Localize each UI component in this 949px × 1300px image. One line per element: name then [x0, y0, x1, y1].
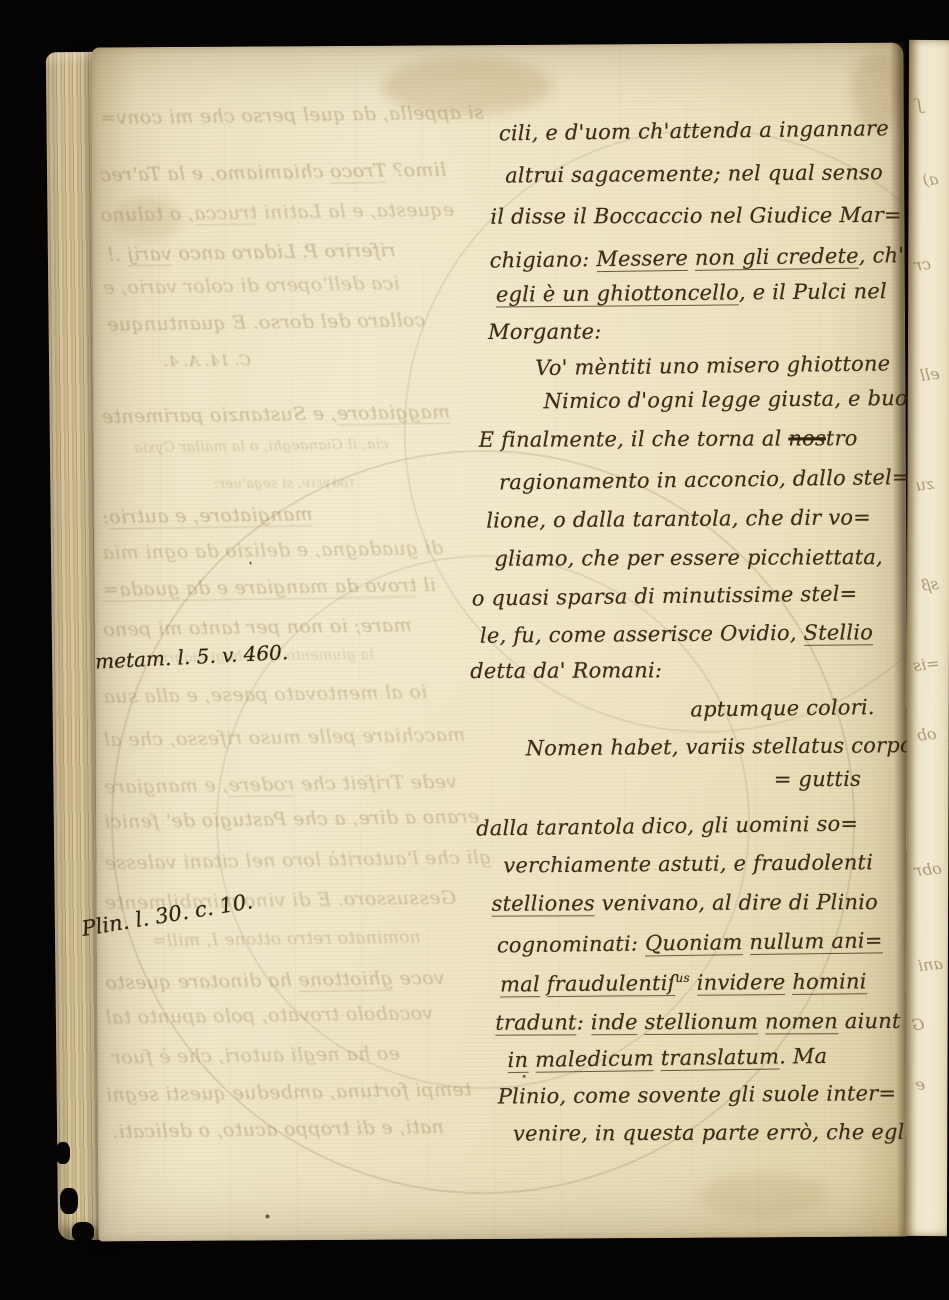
- text-segment: aptumque colori.: [690, 695, 875, 721]
- underlined-phrase: Stellio: [803, 620, 873, 646]
- manuscript-line: cili, e d'uom ch'attenda a ingannare: [499, 116, 889, 145]
- underlined-phrase: translatum: [661, 1045, 780, 1072]
- text-segment: , e Sustanzio parimente: [101, 402, 336, 427]
- text-segment: aiunt: [838, 1009, 901, 1033]
- manuscript-line: le, fu, come asserisce Ovidio, Stellio: [480, 620, 873, 647]
- text-segment: altrui sagacemente; nel qual senso: [505, 160, 883, 187]
- text-segment: . Ma: [779, 1044, 827, 1069]
- manuscript-line: lione, o dalla tarantola, che dir vo=: [486, 505, 871, 532]
- verso-bleedthrough-layer: si appella, da quel perso che mi conv=li…: [91, 43, 903, 48]
- text-segment: τράγειν, si sega'uer:: [214, 475, 356, 492]
- manuscript-line: detta da' Romani:: [470, 658, 662, 683]
- bleedthrough-fragment: ani: [917, 954, 944, 975]
- bleedthrough-line: il trovo da mangiare e da guada=: [103, 574, 436, 601]
- manuscript-line: egli è un ghiottoncello, e il Pulci nel: [496, 279, 887, 306]
- underlined-phrase: homini: [792, 969, 866, 995]
- text-segment: le, fu, come asserisce Ovidio,: [480, 621, 804, 648]
- text-segment: vede Trifeit che: [294, 771, 457, 795]
- text-segment: [742, 930, 749, 954]
- underlined-phrase: maledicum: [535, 1046, 654, 1073]
- bleedthrough-fragment: obr: [913, 859, 942, 881]
- underlined-phrase: stelliones: [492, 891, 595, 916]
- text-segment: Plinio, come sovente gli suole inter=: [498, 1081, 897, 1108]
- text-segment: si appella, da quel perso che mi conv=: [100, 101, 484, 129]
- text-segment: .!: [106, 243, 127, 265]
- bleedthrough-line: si appella, da quel perso che mi conv=: [100, 101, 484, 129]
- manuscript-line: mal fraudulentiſus invidere homini: [500, 969, 867, 996]
- bleedthrough-fragment: zu: [915, 474, 936, 495]
- text-segment: Nimico d'ogni legge giusta, e buona.: [543, 386, 941, 413]
- bleedthrough-line: limo? Troco chiamiamo, e la Ta'rec: [100, 159, 446, 186]
- bleedthrough-line: maggiatore, e Sustanzio parimente: [101, 401, 450, 428]
- photo-background: si appella, da quel perso che mi conv=li…: [0, 0, 949, 1300]
- underlined-phrase: Quoniam: [645, 930, 743, 956]
- bleedthrough-fragment: =is: [912, 654, 941, 676]
- underlined-phrase: tradunt: [495, 1010, 576, 1035]
- text-segment: chigiano:: [490, 247, 597, 272]
- manuscript-line: o quasi sparsa di minutissime stel=: [472, 581, 858, 610]
- text-segment: nominato retro ottone I, mill=: [152, 927, 421, 951]
- text-segment: ha dinotare questo: [105, 969, 298, 994]
- struck-word: nos: [788, 426, 826, 450]
- manuscript-line: cognominati: Quoniam nullum ani=: [497, 928, 883, 957]
- underlined-phrase: nomen: [765, 1009, 838, 1034]
- manuscript-line: gliamo, che per essere picchiettata,: [494, 545, 883, 571]
- underlined-phrase: trovo da mangiare e da guada=: [103, 574, 417, 602]
- manuscript-line: stelliones venivano, al dire di Plinio: [492, 890, 878, 916]
- manuscript-line: dalla tarantola dico, gli uomini so=: [476, 811, 858, 840]
- underlined-phrase: ghiottone: [298, 968, 393, 992]
- manuscript-line: Vo' mèntiti uno misero ghiottone: [535, 351, 890, 380]
- manuscript-line: chigiano: Messere non gli credete, ch': [490, 243, 905, 272]
- bleedthrough-fragment: ell: [919, 364, 941, 385]
- underlined-phrase: fraudulentiſ: [547, 971, 676, 997]
- underlined-phrase: Troco: [330, 160, 387, 184]
- page-edge-nick: [60, 1188, 78, 1214]
- bleedthrough-line: ica dell'opero di color vario, e: [103, 272, 400, 298]
- manuscript-line: = guttis: [774, 767, 861, 791]
- manuscript-page: si appella, da quel perso che mi conv=li…: [91, 43, 910, 1242]
- text-segment: detta da' Romani:: [470, 658, 662, 683]
- text-segment: :: [577, 1010, 591, 1034]
- bleedthrough-fragment: ob: [916, 724, 938, 745]
- text-segment: tro: [826, 426, 858, 450]
- text-segment: voce: [393, 967, 445, 990]
- manuscript-line: il disse il Boccaccio nel Giudice Mar=: [490, 203, 901, 229]
- bleedthrough-line: eo ha negli autori, che è fuor: [111, 1042, 400, 1068]
- ink-speck: [265, 1214, 269, 1218]
- manuscript-line: altrui sagacemente; nel qual senso: [505, 160, 883, 187]
- bleedthrough-line: riferiro P. Lidaro anco varij .!: [106, 239, 395, 265]
- paper-stain: [698, 1173, 828, 1218]
- underlined-phrase: mal: [500, 972, 540, 997]
- text-segment: il: [417, 574, 436, 596]
- text-segment: Nomen habet, variis stellatus corpora=: [526, 733, 949, 761]
- manuscript-line: verchiamente astuti, e fraudolenti: [503, 850, 873, 877]
- ink-speck: [523, 1075, 526, 1078]
- text-segment: C. 14. A. 4.: [163, 351, 251, 370]
- bleedthrough-line: mare; io non per tanto mi peno: [103, 614, 412, 641]
- page-edge-nick: [56, 1142, 70, 1164]
- text-segment: collaro del dorso. E quantunque: [107, 309, 425, 336]
- manuscript-line: Nimico d'ogni legge giusta, e buona.: [543, 386, 941, 413]
- text-segment: dalla tarantola dico, gli uomini so=: [476, 811, 858, 840]
- text-segment: mare; io non per tanto mi peno: [103, 614, 412, 641]
- text-segment: , o taluno: [100, 203, 194, 226]
- underlined-phrase: invidere: [697, 970, 786, 996]
- text-segment: limo?: [386, 159, 446, 182]
- text-segment: = guttis: [774, 767, 861, 791]
- underlined-phrase: egli è un ghiottoncello: [496, 280, 739, 307]
- underlined-phrase: stellionum: [645, 1010, 759, 1035]
- text-segment: us: [675, 971, 689, 985]
- text-segment: E finalmente, il che torna al: [479, 426, 789, 451]
- underlined-phrase: in: [507, 1048, 528, 1073]
- text-segment: il disse il Boccaccio nel Giudice Mar=: [490, 203, 901, 229]
- bleedthrough-line: collaro del dorso. E quantunque: [107, 309, 425, 336]
- manuscript-line: Morgante:: [488, 319, 602, 343]
- manuscript-line: aptumque colori.: [690, 695, 875, 721]
- text-segment: [690, 971, 697, 995]
- adjacent-page-sliver: ʃa)crellzusβ=isobobraniGe: [905, 40, 949, 1236]
- text-segment: , e il Pulci nel: [739, 279, 887, 304]
- text-segment: :: [102, 506, 109, 528]
- text-segment: lione, o dalla tarantola, che dir vo=: [486, 505, 871, 532]
- text-segment: equesta, e la Latini: [257, 199, 454, 224]
- text-segment: venire, in questa parte errò, che egli: [513, 1120, 912, 1146]
- bleedthrough-line: τράγειν, si sega'uer:: [214, 475, 356, 492]
- page-edge-nick: [72, 1222, 94, 1242]
- text-segment: cognominati:: [497, 931, 646, 957]
- bleedthrough-line: nominato retro ottone I, mill=: [152, 927, 421, 951]
- underlined-phrase: nullum ani=: [749, 928, 882, 955]
- bleedthrough-line: equesta, e la Latini trucca, o taluno: [100, 199, 454, 226]
- manuscript-line: venire, in questa parte errò, che egli: [513, 1120, 912, 1146]
- text-segment: venivano, al dire di Plinio: [595, 890, 878, 915]
- bleedthrough-fragment: e: [915, 1075, 926, 1095]
- underlined-phrase: inde: [591, 1010, 638, 1035]
- underlined-phrase: rodere: [228, 773, 294, 797]
- bleedthrough-fragment: sβ: [920, 574, 939, 595]
- text-segment: o quasi sparsa di minutissime stel=: [472, 581, 858, 610]
- manuscript-line: Nomen habet, variis stellatus corpora=: [526, 733, 949, 761]
- underlined-phrase: Messere: [596, 246, 688, 272]
- bleedthrough-fragment: ʃ: [916, 95, 922, 114]
- manuscript-line: E finalmente, il che torna al nostro: [479, 426, 858, 452]
- text-segment: [528, 1048, 535, 1072]
- underlined-phrase: non gli credete: [695, 244, 859, 271]
- manuscript-line: Plinio, come sovente gli suole inter=: [498, 1081, 897, 1108]
- underlined-phrase: mangiatore, e autrio: [109, 503, 313, 529]
- text-segment: riferiro P. Lidaro anco: [172, 239, 396, 264]
- bleedthrough-line: cia, il Gianaeghi, o la mailar Cyxia: [134, 437, 389, 457]
- text-segment: ica dell'opero di color vario, e: [103, 272, 400, 298]
- text-segment: cia, il Gianaeghi, o la mailar Cyxia: [134, 437, 389, 457]
- bleedthrough-line: mangiatore, e autrio:: [102, 503, 313, 528]
- manuscript-line: in maledicum translatum. Ma: [507, 1044, 827, 1072]
- manuscript-line: tradunt: inde stellionum nomen aiunt: [495, 1009, 900, 1035]
- bleedthrough-fragment: cr: [913, 254, 931, 275]
- text-segment: , e mangiare: [104, 774, 229, 798]
- text-segment: [758, 1010, 765, 1034]
- text-segment: cili, e d'uom ch'attenda a ingannare: [499, 116, 889, 145]
- ink-speck: [250, 562, 252, 565]
- bleedthrough-fragment: G: [911, 1014, 926, 1034]
- underlined-phrase: maggiatore: [336, 401, 450, 426]
- text-segment: eo ha negli autori, che è fuor: [111, 1042, 400, 1068]
- text-segment: verchiamente astuti, e fraudolenti: [503, 850, 873, 877]
- bleedthrough-line: C. 14. A. 4.: [163, 351, 251, 370]
- text-segment: Morgante:: [488, 319, 602, 343]
- text-segment: Vo' mèntiti uno misero ghiottone: [535, 351, 890, 380]
- bleedthrough-fragment: a): [922, 169, 940, 189]
- underlined-phrase: varij: [127, 243, 172, 267]
- text-segment: [540, 972, 547, 996]
- underlined-phrase: trucca: [194, 202, 258, 226]
- text-segment: gliamo, che per essere picchiettata,: [494, 545, 883, 571]
- text-segment: chiamiamo, e la Ta'rec: [100, 161, 330, 186]
- manuscript-photo: { "photo": { "background_color": "#07040…: [0, 0, 949, 1300]
